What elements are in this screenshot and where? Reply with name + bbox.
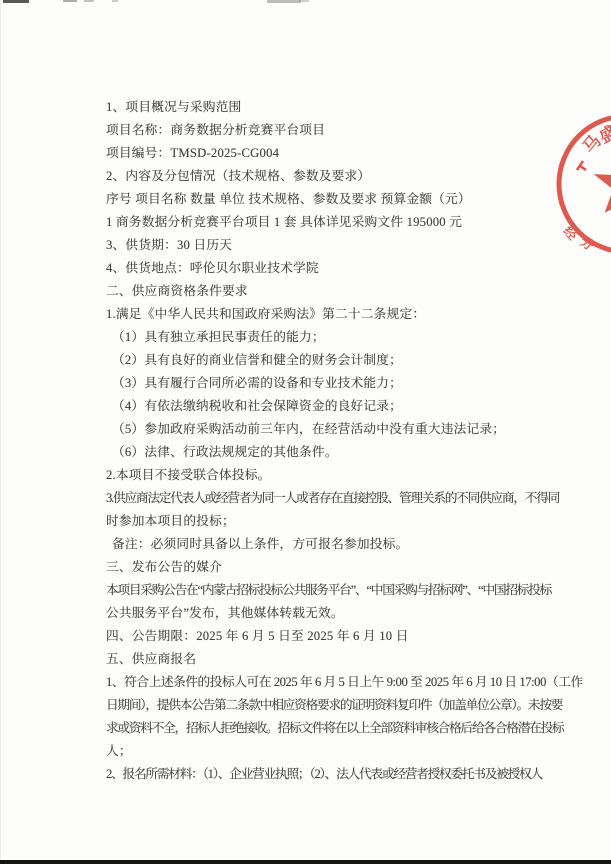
- doc-line-registration-1c: 求或资料不全，招标人拒绝接收。招标文件将在以上全部资料审核合格后给各合格潜在投标: [106, 717, 542, 740]
- doc-line-media-body-cont: 公共服务平台”发布，其他媒体转载无效。: [106, 602, 542, 625]
- doc-line-delivery-place: 4、供货地点：呼伦贝尔职业技术学院: [106, 257, 542, 280]
- doc-line-condition-3: （3）具有履行合同所必需的设备和专业技术能力；: [106, 372, 542, 395]
- doc-line-delivery-period: 3、供货期：30 日历天: [106, 234, 542, 257]
- seal-arc-char: 分: [577, 233, 596, 253]
- doc-line-condition-6: （6）法律、行政法规规定的其他条件。: [106, 441, 542, 464]
- doc-line-condition-4: （4）有依法缴纳税收和社会保障资金的良好记录；: [106, 395, 542, 418]
- doc-line-same-person-rule-cont: 时参加本项目的投标；: [106, 510, 542, 533]
- seal-partial-glyph: [577, 161, 586, 170]
- scan-artifact: [84, 0, 94, 2]
- seal-arc-char: 盛: [596, 121, 611, 147]
- doc-line-media-title: 三、发布公告的媒介: [106, 556, 542, 579]
- doc-line-condition-5: （5）参加政府采购活动前三年内，在经营活动中没有重大违法记录；: [106, 418, 542, 441]
- doc-line-table-header: 序号 项目名称 数量 单位 技术规格、参数及要求 预算金额（元）: [106, 188, 542, 211]
- doc-line-same-person-rule: 3.供应商法定代表人或经营者为同一人或者存在直接控股、管理关系的不同供应商，不得…: [106, 487, 542, 510]
- doc-line-media-body: 本项目采购公告在“内蒙古招标投标公共服务平台”、“中国采购与招标网”、“中国招标…: [106, 579, 542, 602]
- scan-artifact: [299, 0, 309, 2]
- official-seal-stamp: 马 盛 经 分: [536, 90, 611, 280]
- document-body: 1、项目概况与采购范围 项目名称：商务数据分析竞赛平台项目 项目编号：TMSD-…: [106, 96, 542, 786]
- doc-line-section2-title: 2、内容及分包情况（技术规格、参数及要求）: [106, 165, 542, 188]
- scan-edge-left: [0, 0, 1, 864]
- doc-line-no-consortium: 2.本项目不接受联合体投标。: [106, 464, 542, 487]
- scan-edge-bottom: [0, 860, 611, 864]
- doc-line-note: 备注：必须同时具备以上条件，方可报名参加投标。: [106, 533, 542, 556]
- seal-arc-char: 经: [561, 223, 581, 243]
- star-icon: [594, 152, 611, 213]
- doc-line-registration-1b: 日期间），提供本公告第二条款中相应资格要求的证明资料复印件（加盖单位公章）。未按…: [106, 694, 542, 717]
- doc-line-announcement-period: 四、公告期限：2025 年 6 月 5 日至 2025 年 6 月 10 日: [106, 625, 542, 648]
- seal-ring: [559, 116, 611, 252]
- doc-line-qualifications-title: 二、供应商资格条件要求: [106, 280, 542, 303]
- doc-line-law-clause: 1.满足《中华人民共和国政府采购法》第二十二条规定：: [106, 303, 542, 326]
- scan-artifact: [267, 0, 301, 3]
- seal-arc-char: 马: [579, 131, 605, 157]
- scan-artifact: [63, 0, 77, 2]
- scanned-page: 1、项目概况与采购范围 项目名称：商务数据分析竞赛平台项目 项目编号：TMSD-…: [0, 0, 611, 864]
- doc-line-registration-1: 1、符合上述条件的投标人可在 2025 年 6 月 5 日上午 9:00 至 2…: [106, 671, 542, 694]
- doc-line-condition-1: （1）具有独立承担民事责任的能力；: [106, 326, 542, 349]
- doc-line-project-name: 项目名称：商务数据分析竞赛平台项目: [106, 119, 542, 142]
- doc-line-registration-2: 2、报名所需材料：（1）、企业营业执照；（2）、法人代表或经营者授权委托书及被授…: [106, 763, 542, 786]
- doc-line-condition-2: （2）具有良好的商业信誉和健全的财务会计制度；: [106, 349, 542, 372]
- doc-line-table-row: 1 商务数据分析竞赛平台项目 1 套 具体详见采购文件 195000 元: [106, 211, 542, 234]
- scan-artifact: [112, 0, 118, 2]
- doc-line-registration-1d: 人；: [106, 740, 542, 763]
- doc-line-project-number: 项目编号：TMSD-2025-CG004: [106, 142, 542, 165]
- doc-line-registration-title: 五、供应商报名: [106, 648, 542, 671]
- doc-line-section1-title: 1、项目概况与采购范围: [106, 96, 542, 119]
- scan-artifact: [3, 0, 29, 3]
